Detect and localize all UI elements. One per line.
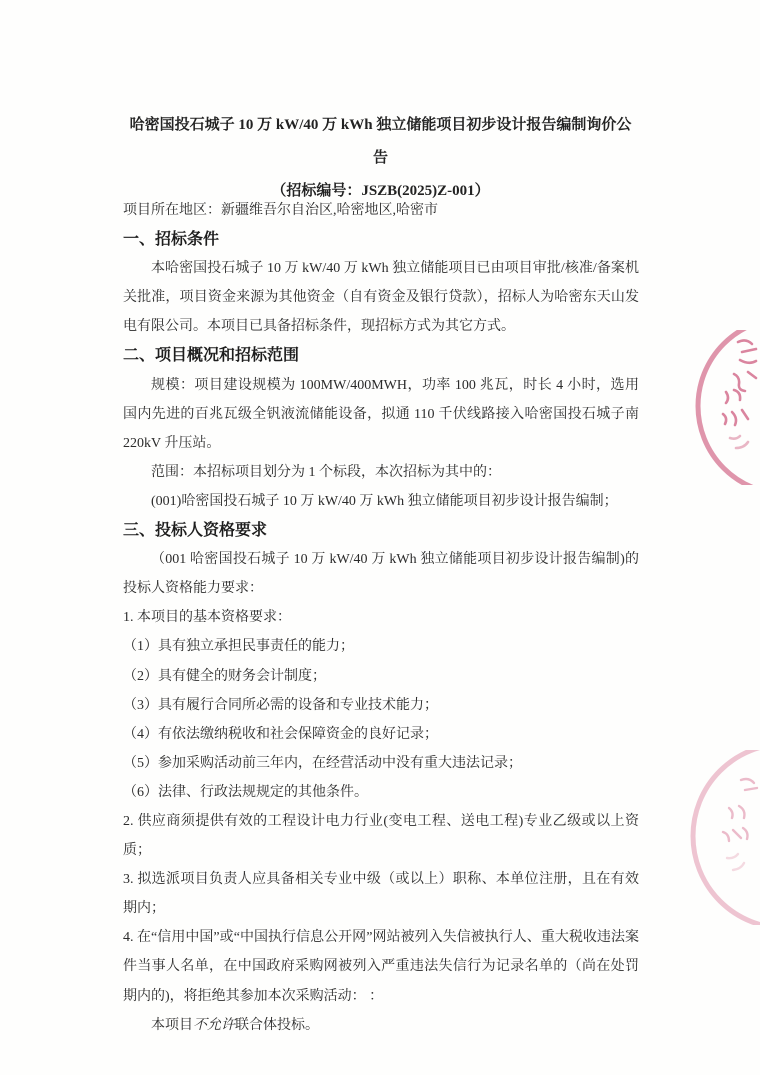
document-title: 哈密国投石城子 10 万 kW/40 万 kWh 独立储能项目初步设计报告编制询… <box>123 109 638 175</box>
official-seal-top-icon <box>690 330 760 485</box>
section-3-heading: 三、投标人资格要求 <box>123 516 639 545</box>
consortium-note: 本项目不允许联合体投标。 <box>123 1011 639 1040</box>
basic-requirement-item: （5）参加采购活动前三年内，在经营活动中没有重大违法记录； <box>123 749 639 778</box>
basic-requirement-item: （3）具有履行合同所必需的设备和专业技术能力； <box>123 691 639 720</box>
official-seal-bottom-icon <box>685 750 760 925</box>
basic-requirements-title: 1. 本项目的基本资格要求： <box>123 603 639 632</box>
requirement-item-2: 2. 供应商须提供有效的工程设计电力行业(变电工程、送电工程)专业乙级或以上资质… <box>123 807 639 865</box>
basic-requirement-item: （6）法律、行政法规规定的其他条件。 <box>123 778 639 807</box>
title-block: 哈密国投石城子 10 万 kW/40 万 kWh 独立储能项目初步设计报告编制询… <box>123 109 638 208</box>
document-body: 项目所在地区：新疆维吾尔自治区,哈密地区,哈密市 一、招标条件 本哈密国投石城子… <box>123 196 639 1040</box>
tender-scope: 范围：本招标项目划分为 1 个标段，本次招标为其中的： <box>123 458 639 487</box>
section-1-heading: 一、招标条件 <box>123 225 639 254</box>
qualification-intro: （001 哈密国投石城子 10 万 kW/40 万 kWh 独立储能项目初步设计… <box>123 545 639 603</box>
consortium-suffix: 联合体投标。 <box>235 1018 319 1033</box>
project-location: 项目所在地区：新疆维吾尔自治区,哈密地区,哈密市 <box>123 196 639 225</box>
scanned-document-page: 哈密国投石城子 10 万 kW/40 万 kWh 独立储能项目初步设计报告编制询… <box>0 0 760 1075</box>
basic-requirement-item: （1）具有独立承担民事责任的能力； <box>123 632 639 661</box>
section-1-paragraph: 本哈密国投石城子 10 万 kW/40 万 kWh 独立储能项目已由项目审批/核… <box>123 254 639 341</box>
consortium-emphasis: 不允许 <box>193 1018 235 1033</box>
requirement-item-4: 4. 在“信用中国”或“中国执行信息公开网”网站被列入失信被执行人、重大税收违法… <box>123 923 639 1010</box>
basic-requirement-item: （4）有依法缴纳税收和社会保障资金的良好记录； <box>123 720 639 749</box>
requirement-item-3: 3. 拟选派项目负责人应具备相关专业中级（或以上）职称、本单位注册，且在有效期内… <box>123 865 639 923</box>
project-scale: 规模：项目建设规模为 100MW/400MWH，功率 100 兆瓦，时长 4 小… <box>123 371 639 458</box>
basic-requirement-item: （2）具有健全的财务会计制度； <box>123 662 639 691</box>
consortium-prefix: 本项目 <box>151 1018 193 1033</box>
section-2-heading: 二、项目概况和招标范围 <box>123 341 639 370</box>
tender-lot: (001)哈密国投石城子 10 万 kW/40 万 kWh 独立储能项目初步设计… <box>123 487 639 516</box>
